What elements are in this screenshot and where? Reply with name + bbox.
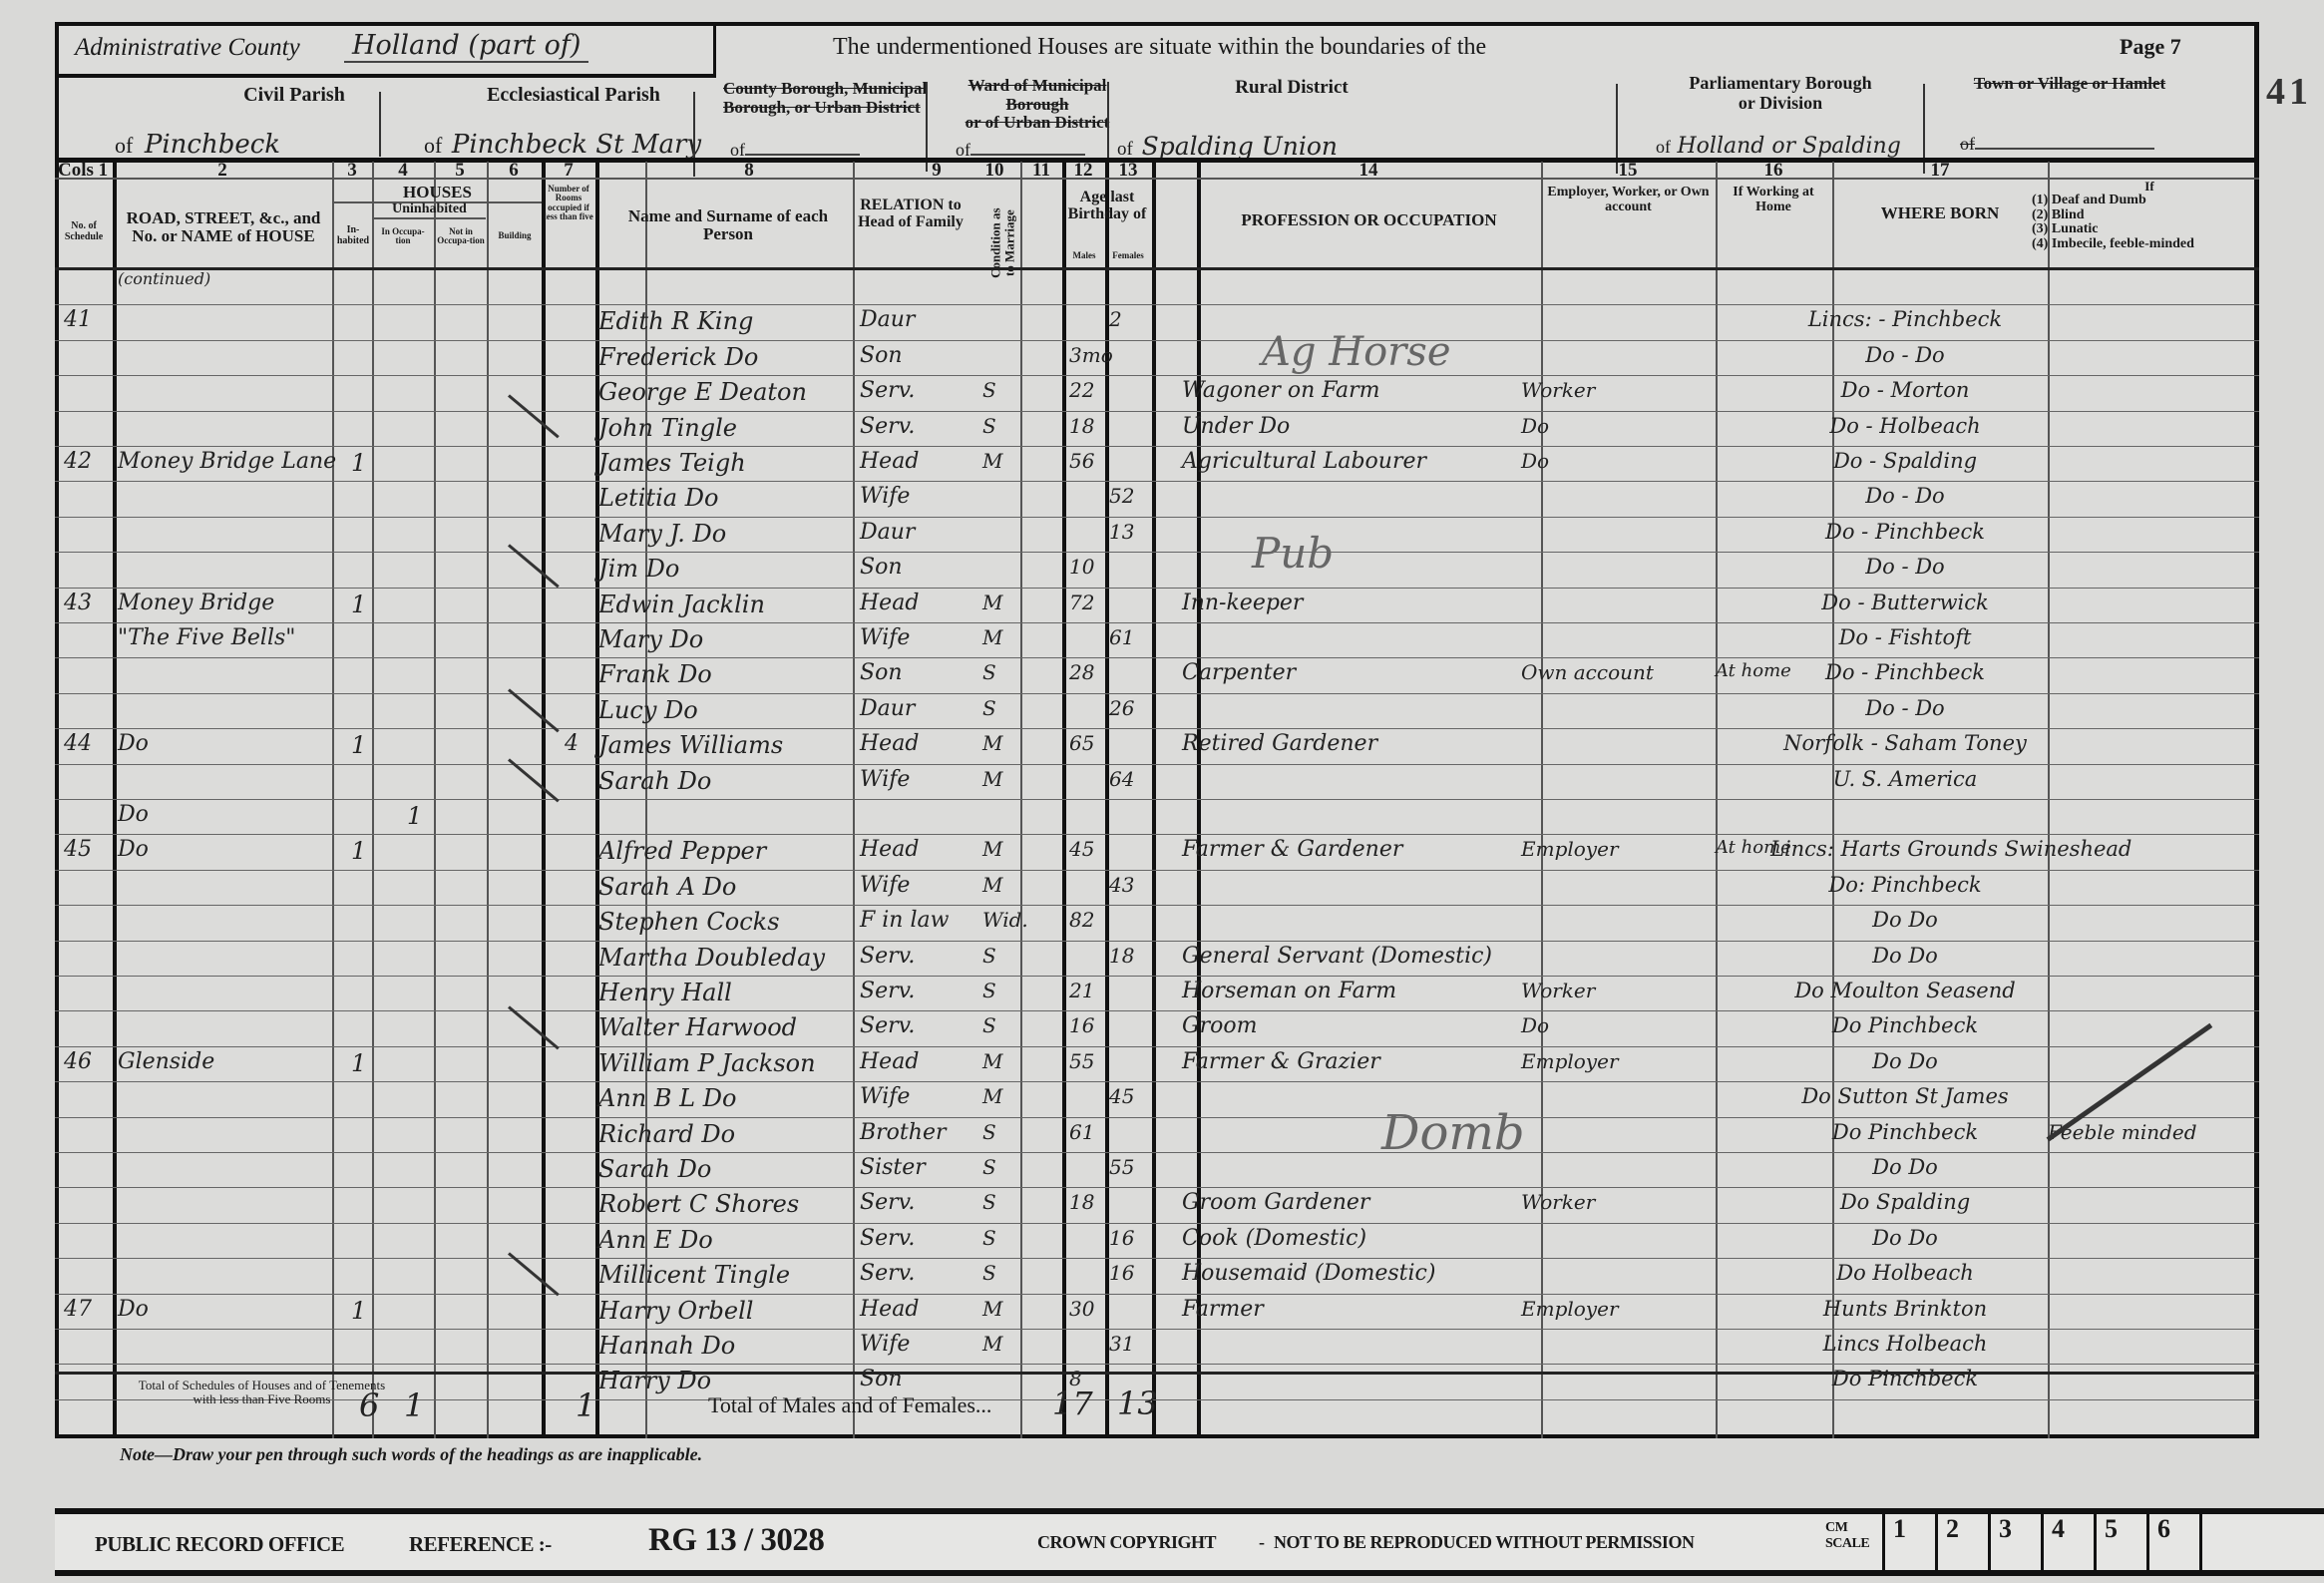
relation: Wife — [860, 625, 910, 650]
address: Do — [118, 802, 149, 827]
total-rooms: 1 — [576, 1386, 595, 1424]
birthplace: Do Do — [1770, 1226, 2040, 1250]
header-inhabited: In-habited — [334, 225, 372, 246]
birthplace: Do Do — [1770, 908, 2040, 932]
civil-parish-field: of Pinchbeck — [115, 130, 310, 160]
schedule-no: 42 — [64, 449, 92, 474]
birthplace: Do: Pinchbeck — [1770, 873, 2040, 897]
birthplace: Do - Do — [1770, 696, 2040, 720]
eccl-parish-label: Ecclesiastical Parish — [424, 84, 723, 107]
birthplace: Do - Do — [1770, 484, 2040, 508]
intro-text: The undermentioned Houses are situate wi… — [833, 34, 1486, 61]
person-name: Letitia Do — [598, 484, 718, 512]
occupation: Horseman on Farm — [1182, 979, 1396, 1003]
header-road-street: ROAD, STREET, &c., and No. or NAME of HO… — [118, 209, 329, 245]
person-name: Stephen Cocks — [598, 908, 780, 936]
inhabited: 1 — [351, 837, 366, 865]
address: Glenside — [118, 1049, 214, 1074]
condition: M — [982, 767, 1002, 791]
table-row: Jim DoSon10Do - Do — [0, 552, 2324, 587]
condition: S — [982, 378, 996, 402]
totals-persons-label: Total of Males and of Females... — [708, 1392, 991, 1418]
person-name: Alfred Pepper — [598, 837, 766, 865]
person-name: Jim Do — [598, 555, 679, 583]
age-male: 45 — [1069, 837, 1094, 861]
header-employment: Employer, Worker, or Own account — [1546, 186, 1711, 214]
cm-scale: 123456 — [1882, 1514, 2321, 1570]
condition: M — [982, 1084, 1002, 1108]
employment: Worker — [1521, 979, 1595, 1002]
relation: Daur — [860, 696, 915, 721]
person-name: Richard Do — [598, 1120, 735, 1148]
occupation: Farmer & Gardener — [1182, 837, 1402, 862]
table-row: George E DeatonServ.S22Wagoner on FarmWo… — [0, 375, 2324, 410]
schedule-no: 45 — [64, 837, 92, 862]
person-name: Harry Orbell — [598, 1297, 753, 1325]
age-male: 21 — [1069, 979, 1094, 1002]
occupation: Carpenter — [1182, 660, 1296, 685]
table-row: Henry HallServ.S21Horseman on FarmWorker… — [0, 976, 2324, 1010]
header-uninhabited: Uninhabited — [373, 202, 486, 219]
age-female: 45 — [1109, 1084, 1134, 1108]
address: Do — [118, 837, 149, 862]
person-name: Henry Hall — [598, 979, 732, 1006]
of-prefix: of — [115, 133, 133, 158]
footer-office: PUBLIC RECORD OFFICE — [95, 1532, 344, 1557]
of-prefix: of — [1117, 139, 1133, 160]
page-marker: 41 — [2266, 70, 2312, 114]
birthplace: Do Spalding — [1770, 1190, 2040, 1214]
employment: Own account — [1521, 660, 1654, 684]
birthplace: Lincs: Harts Grounds Swineshead — [1770, 837, 2040, 861]
table-row: Ann B L DoWifeM45Do Sutton St James — [0, 1081, 2324, 1116]
parl-borough-label-line1: Parliamentary Borough — [1631, 74, 1930, 94]
relation: Son — [860, 660, 903, 685]
table-row: Letitia DoWife52Do - Do — [0, 481, 2324, 516]
relation: Wife — [860, 767, 910, 792]
employment: Employer — [1521, 837, 1619, 861]
header-infirmity-if: If — [2050, 180, 2249, 194]
person-name: Mary Do — [598, 625, 703, 653]
header-in-occupation: In Occupa-tion — [374, 227, 432, 246]
rural-district-label: Rural District — [1142, 77, 1441, 99]
table-row: Do1 — [0, 799, 2324, 834]
person-name: Ann E Do — [598, 1226, 713, 1254]
header-houses: HOUSES — [335, 184, 540, 201]
table-row: Mary J. DoDaur13Do - Pinchbeck — [0, 517, 2324, 552]
birthplace: Do - Do — [1770, 343, 2040, 367]
table-row: 43Money Bridge1Edwin JacklinHeadM72Inn-k… — [0, 588, 2324, 622]
condition: M — [982, 449, 1002, 473]
birthplace: Do - Fishtoft — [1770, 625, 2040, 649]
table-row: 45Do1Alfred PepperHeadM45Farmer & Garden… — [0, 834, 2324, 869]
condition: M — [982, 837, 1002, 861]
condition: S — [982, 1190, 996, 1214]
birthplace: Do - Butterwick — [1770, 591, 2040, 614]
town-field: of — [1960, 134, 2154, 155]
table-row: Sarah DoSisterS55Do Do — [0, 1152, 2324, 1187]
age-male: 28 — [1069, 660, 1094, 684]
total-females: 13 — [1117, 1385, 1158, 1422]
condition: S — [982, 979, 996, 1002]
person-name: Frank Do — [598, 660, 712, 688]
condition: S — [982, 1155, 996, 1179]
parl-borough-label: Parliamentary Borough or Division — [1631, 74, 1930, 114]
condition: M — [982, 591, 1002, 614]
relation: Son — [860, 555, 903, 580]
occupation: General Servant (Domestic) — [1182, 944, 1492, 969]
rooms: 4 — [565, 731, 579, 756]
birthplace: Do Holbeach — [1770, 1261, 2040, 1285]
age-male: 22 — [1069, 378, 1094, 402]
condition: M — [982, 1332, 1002, 1356]
occupation: Agricultural Labourer — [1182, 449, 1426, 474]
relation: Serv. — [860, 944, 915, 969]
header-rooms: Number of Rooms occupied if less than fi… — [544, 185, 593, 222]
inhabited: 1 — [351, 591, 366, 618]
table-row: "The Five Bells"Mary DoWifeM61Do - Fisht… — [0, 622, 2324, 657]
parl-borough-field: of Holland or Spalding — [1656, 134, 1903, 159]
rural-district-field: of Spalding Union — [1117, 132, 1342, 161]
age-male: 16 — [1069, 1013, 1094, 1037]
occupation: Housemaid (Domestic) — [1182, 1261, 1435, 1286]
age-female: 55 — [1109, 1155, 1134, 1179]
table-row: Walter HarwoodServ.S16GroomDoDo Pinchbec… — [0, 1010, 2324, 1045]
header-schedule-no: No. of Schedule — [57, 221, 111, 242]
schedule-no: 43 — [64, 591, 92, 615]
address: Money Bridge — [118, 591, 274, 615]
birthplace: Do Moulton Seasend — [1770, 979, 2040, 1002]
occupation: Wagoner on Farm — [1182, 378, 1380, 403]
header-infirmity-list: (1) Deaf and Dumb(2) Blind(3) Lunatic(4)… — [2032, 194, 2194, 252]
occupation: Groom Gardener — [1182, 1190, 1369, 1215]
schedule-no: 46 — [64, 1049, 92, 1074]
table-row: Sarah DoWifeM64U. S. America — [0, 764, 2324, 799]
parl-borough-label-line2: or Division — [1631, 94, 1930, 114]
schedule-no: 44 — [64, 731, 92, 756]
person-name: Mary J. Do — [598, 520, 726, 548]
relation: Head — [860, 731, 919, 756]
header-age-females: Females — [1105, 251, 1151, 260]
employment: Do — [1521, 1013, 1549, 1037]
birthplace: Do - Holbeach — [1770, 414, 2040, 438]
town-label: Town or Village or Hamlet — [1950, 74, 2189, 94]
table-row: 41Edith R KingDaur2Lincs: - Pinchbeck — [0, 304, 2324, 339]
footer-separator: - — [1259, 1532, 1265, 1553]
relation: F in law — [860, 908, 949, 933]
table-row: John TingleServ.S18Under DoDoDo - Holbea… — [0, 411, 2324, 446]
employment: Worker — [1521, 378, 1595, 402]
condition: M — [982, 1297, 1002, 1321]
schedule-no: 47 — [64, 1297, 92, 1322]
birthplace: Do Do — [1770, 944, 2040, 968]
age-female: 64 — [1109, 767, 1134, 791]
relation: Head — [860, 1297, 919, 1322]
person-name: Edith R King — [598, 307, 753, 335]
inhabited: 1 — [351, 449, 366, 477]
birthplace: Lincs: - Pinchbeck — [1770, 307, 2040, 331]
table-row: 46Glenside1William P JacksonHeadM55Farme… — [0, 1046, 2324, 1081]
relation: Brother — [860, 1120, 946, 1145]
inhabited: 1 — [351, 1049, 366, 1077]
footer-copyright: CROWN COPYRIGHT — [1037, 1532, 1216, 1553]
occupation: Groom — [1182, 1013, 1257, 1038]
scale-label: SCALE — [1825, 1536, 1869, 1552]
table-row: (continued) — [0, 269, 2324, 304]
infirmity-option: (2) Blind — [2032, 208, 2194, 223]
birthplace: Hunts Brinkton — [1770, 1297, 2040, 1321]
header-at-home: If Working at Home — [1718, 186, 1829, 214]
civil-parish-label: Civil Parish — [175, 84, 414, 107]
age-female: 61 — [1109, 625, 1134, 649]
relation: Serv. — [860, 979, 915, 1003]
relation: Head — [860, 837, 919, 862]
table-row: Frank DoSonS28CarpenterOwn accountAt hom… — [0, 657, 2324, 692]
condition: M — [982, 1049, 1002, 1073]
table-row: Frederick DoSon3moDo - Do — [0, 340, 2324, 375]
cm-scale-tick: 6 — [2146, 1514, 2199, 1570]
birthplace: Do Pinchbeck — [1770, 1120, 2040, 1144]
relation: Daur — [860, 307, 915, 332]
relation: Head — [860, 591, 919, 615]
relation: Son — [860, 343, 903, 368]
employment: Employer — [1521, 1297, 1619, 1321]
table-row: Millicent TingleServ.S16Housemaid (Domes… — [0, 1258, 2324, 1293]
admin-county-value: Holland (part of) — [344, 30, 588, 63]
occupation: Retired Gardener — [1182, 731, 1377, 756]
age-male: 3mo — [1069, 343, 1113, 367]
header-where-born: WHERE BORN — [1835, 204, 2045, 222]
condition: S — [982, 696, 996, 720]
person-name: Sarah A Do — [598, 873, 736, 901]
inhabited: 1 — [351, 1297, 366, 1325]
birthplace: Do Sutton St James — [1770, 1084, 2040, 1108]
birthplace: U. S. America — [1770, 767, 2040, 791]
person-name: Millicent Tingle — [598, 1261, 790, 1289]
total-inhabited: 6 — [359, 1386, 379, 1424]
age-male: 56 — [1069, 449, 1094, 473]
schedule-no: 41 — [64, 307, 92, 332]
relation: Serv. — [860, 378, 915, 403]
relation: Serv. — [860, 1190, 915, 1215]
birthplace: Do - Spalding — [1770, 449, 2040, 473]
header-building: Building — [489, 231, 541, 240]
ag-horse-annotation: Ag Horse — [1262, 329, 1451, 375]
footer-permission: NOT TO BE REPRODUCED WITHOUT PERMISSION — [1274, 1532, 1694, 1553]
dumb-annotation: Domb — [1381, 1105, 1525, 1161]
condition: S — [982, 944, 996, 968]
person-name: Edwin Jacklin — [598, 591, 765, 618]
age-female: 18 — [1109, 944, 1134, 968]
of-prefix: of — [730, 140, 745, 160]
person-name: George E Deaton — [598, 378, 807, 406]
birthplace: Norfolk - Saham Toney — [1770, 731, 2040, 755]
condition: S — [982, 660, 996, 684]
birthplace: Do Do — [1770, 1155, 2040, 1179]
cm-scale-tick: 3 — [1988, 1514, 2041, 1570]
occupation: Inn-keeper — [1182, 591, 1303, 615]
relation: Serv. — [860, 1013, 915, 1038]
age-male: 30 — [1069, 1297, 1094, 1321]
address: "The Five Bells" — [118, 625, 295, 650]
relation: Sister — [860, 1155, 926, 1180]
header-band: Administrative County Holland (part of) … — [55, 22, 2259, 162]
person-name: William P Jackson — [598, 1049, 816, 1077]
condition: S — [982, 414, 996, 438]
person-name: Sarah Do — [598, 1155, 711, 1183]
header-not-in-occupation: Not in Occupa-tion — [435, 227, 487, 246]
occupation: Cook (Domestic) — [1182, 1226, 1366, 1251]
admin-county-label: Administrative County — [75, 34, 300, 62]
footer-band: PUBLIC RECORD OFFICE REFERENCE :- RG 13 … — [55, 1508, 2324, 1576]
cm-scale-tick: 2 — [1935, 1514, 1988, 1570]
employment: Do — [1521, 414, 1549, 438]
total-males: 17 — [1052, 1385, 1093, 1422]
infirmity-option: (1) Deaf and Dumb — [2032, 194, 2194, 208]
employment: Do — [1521, 449, 1549, 473]
header-relation: RELATION to Head of Family — [855, 198, 967, 231]
infirmity-option: (4) Imbecile, feeble-minded — [2032, 237, 2194, 252]
person-name: Walter Harwood — [598, 1013, 797, 1041]
relation: Wife — [860, 873, 910, 898]
relation: Wife — [860, 1332, 910, 1357]
table-row: 44Do14James WilliamsHeadM65Retired Garde… — [0, 728, 2324, 763]
condition: S — [982, 1226, 996, 1250]
county-borough-label-line1: County Borough, Municipal — [723, 80, 968, 99]
totals-schedules-label: Total of Schedules of Houses and of Tene… — [135, 1379, 389, 1405]
person-name: Ann B L Do — [598, 1084, 736, 1112]
uninhabited: 1 — [407, 802, 422, 830]
cm-label: CM — [1825, 1520, 1869, 1536]
pub-annotation: Pub — [1252, 529, 1334, 578]
page-label: Page 7 — [2120, 34, 2181, 60]
age-female: 31 — [1109, 1332, 1134, 1356]
condition: M — [982, 625, 1002, 649]
condition: S — [982, 1120, 996, 1144]
parl-borough-value: Holland or Spalding — [1676, 134, 1903, 161]
condition: S — [982, 1261, 996, 1285]
age-male: 55 — [1069, 1049, 1094, 1073]
age-female: 43 — [1109, 873, 1134, 897]
admin-county-box: Administrative County Holland (part of) — [55, 22, 716, 78]
person-name: Martha Doubleday — [598, 944, 825, 972]
totals-row: Total of Schedules of Houses and of Tene… — [55, 1375, 2259, 1438]
employment: Worker — [1521, 1190, 1595, 1214]
age-male: 18 — [1069, 1190, 1094, 1214]
person-name: John Tingle — [598, 414, 737, 442]
relation: Serv. — [860, 414, 915, 439]
birthplace: Do - Morton — [1770, 378, 2040, 402]
age-female: 16 — [1109, 1261, 1134, 1285]
county-borough-label: County Borough, Municipal Borough, or Ur… — [723, 80, 968, 117]
relation: Head — [860, 1049, 919, 1074]
table-row: Stephen CocksF in lawWid.82Do Do — [0, 905, 2324, 940]
person-name: Robert C Shores — [598, 1190, 799, 1218]
table-row: 47Do1Harry OrbellHeadM30FarmerEmployerHu… — [0, 1294, 2324, 1329]
table-row: Robert C ShoresServ.S18Groom GardenerWor… — [0, 1187, 2324, 1222]
table-row: Martha DoubledayServ.S18General Servant … — [0, 941, 2324, 976]
age-male: 82 — [1069, 908, 1094, 932]
header-occupation: PROFESSION OR OCCUPATION — [1197, 211, 1541, 229]
of-prefix: of — [424, 133, 442, 158]
address: Do — [118, 1297, 149, 1322]
cm-scale-label: CM SCALE — [1825, 1520, 1869, 1552]
birthplace: Do Pinchbeck — [1770, 1013, 2040, 1037]
cm-scale-end — [2199, 1514, 2319, 1570]
address: Money Bridge Lane — [118, 449, 336, 474]
cm-scale-tick: 5 — [2094, 1514, 2146, 1570]
person-name: James Teigh — [598, 449, 746, 477]
eccl-parish-field: of Pinchbeck St Mary — [424, 130, 705, 160]
person-name: Sarah Do — [598, 767, 711, 795]
age-male: 10 — [1069, 555, 1094, 579]
table-row: Ann E DoServ.S16Cook (Domestic)Do Do — [0, 1223, 2324, 1258]
condition: S — [982, 1013, 996, 1037]
person-name: Frederick Do — [598, 343, 758, 371]
birthplace: Do - Pinchbeck — [1770, 660, 2040, 684]
header-age: Age last Birthday of — [1063, 190, 1151, 223]
of-prefix: of — [1656, 137, 1671, 157]
age-female: 13 — [1109, 520, 1134, 544]
address: Do — [118, 731, 149, 756]
age-male: 72 — [1069, 591, 1094, 614]
birthplace: Lincs Holbeach — [1770, 1332, 2040, 1356]
table-row: Richard DoBrotherS61Do PinchbeckFeeble m… — [0, 1117, 2324, 1152]
relation: Serv. — [860, 1226, 915, 1251]
person-name: James Williams — [598, 731, 783, 759]
relation: Serv. — [860, 1261, 915, 1286]
table-row: Lucy DoDaurS26Do - Do — [0, 693, 2324, 728]
footer-reference-label: REFERENCE :- — [409, 1532, 552, 1557]
age-female: 16 — [1109, 1226, 1134, 1250]
age-female: 2 — [1109, 307, 1122, 331]
of-prefix: of — [1960, 134, 1975, 154]
relation: Daur — [860, 520, 915, 545]
condition: M — [982, 731, 1002, 755]
age-female: 26 — [1109, 696, 1134, 720]
birthplace: Do Do — [1770, 1049, 2040, 1073]
birthplace: Do - Do — [1770, 555, 2040, 579]
inhabited: 1 — [351, 731, 366, 759]
relation: Wife — [860, 1084, 910, 1109]
table-row: Sarah A DoWifeM43Do: Pinchbeck — [0, 870, 2324, 905]
cm-scale-tick: 4 — [2041, 1514, 2094, 1570]
occupation: Farmer & Grazier — [1182, 1049, 1380, 1074]
header-age-males: Males — [1063, 251, 1105, 260]
age-female: 52 — [1109, 484, 1134, 508]
note-text: Note—Draw your pen through such words of… — [120, 1444, 702, 1465]
person-name: Lucy Do — [598, 696, 698, 724]
birthplace: Do - Pinchbeck — [1770, 520, 2040, 544]
condition: M — [982, 873, 1002, 897]
footer-reference: RG 13 / 3028 — [648, 1522, 824, 1559]
total-uninhabited: 1 — [404, 1386, 424, 1424]
person-name: Hannah Do — [598, 1332, 735, 1360]
age-male: 61 — [1069, 1120, 1094, 1144]
employment: Employer — [1521, 1049, 1619, 1073]
occupation: Farmer — [1182, 1297, 1264, 1322]
header-name: Name and Surname of each Person — [608, 207, 848, 243]
county-borough-label-line2: Borough, or Urban District — [723, 99, 968, 118]
age-male: 65 — [1069, 731, 1094, 755]
table-row: Hannah DoWifeM31Lincs Holbeach — [0, 1329, 2324, 1364]
address: (continued) — [118, 269, 210, 288]
cm-scale-tick: 1 — [1882, 1514, 1935, 1570]
relation: Head — [860, 449, 919, 474]
age-male: 18 — [1069, 414, 1094, 438]
of-prefix: of — [956, 140, 970, 160]
relation: Wife — [860, 484, 910, 509]
